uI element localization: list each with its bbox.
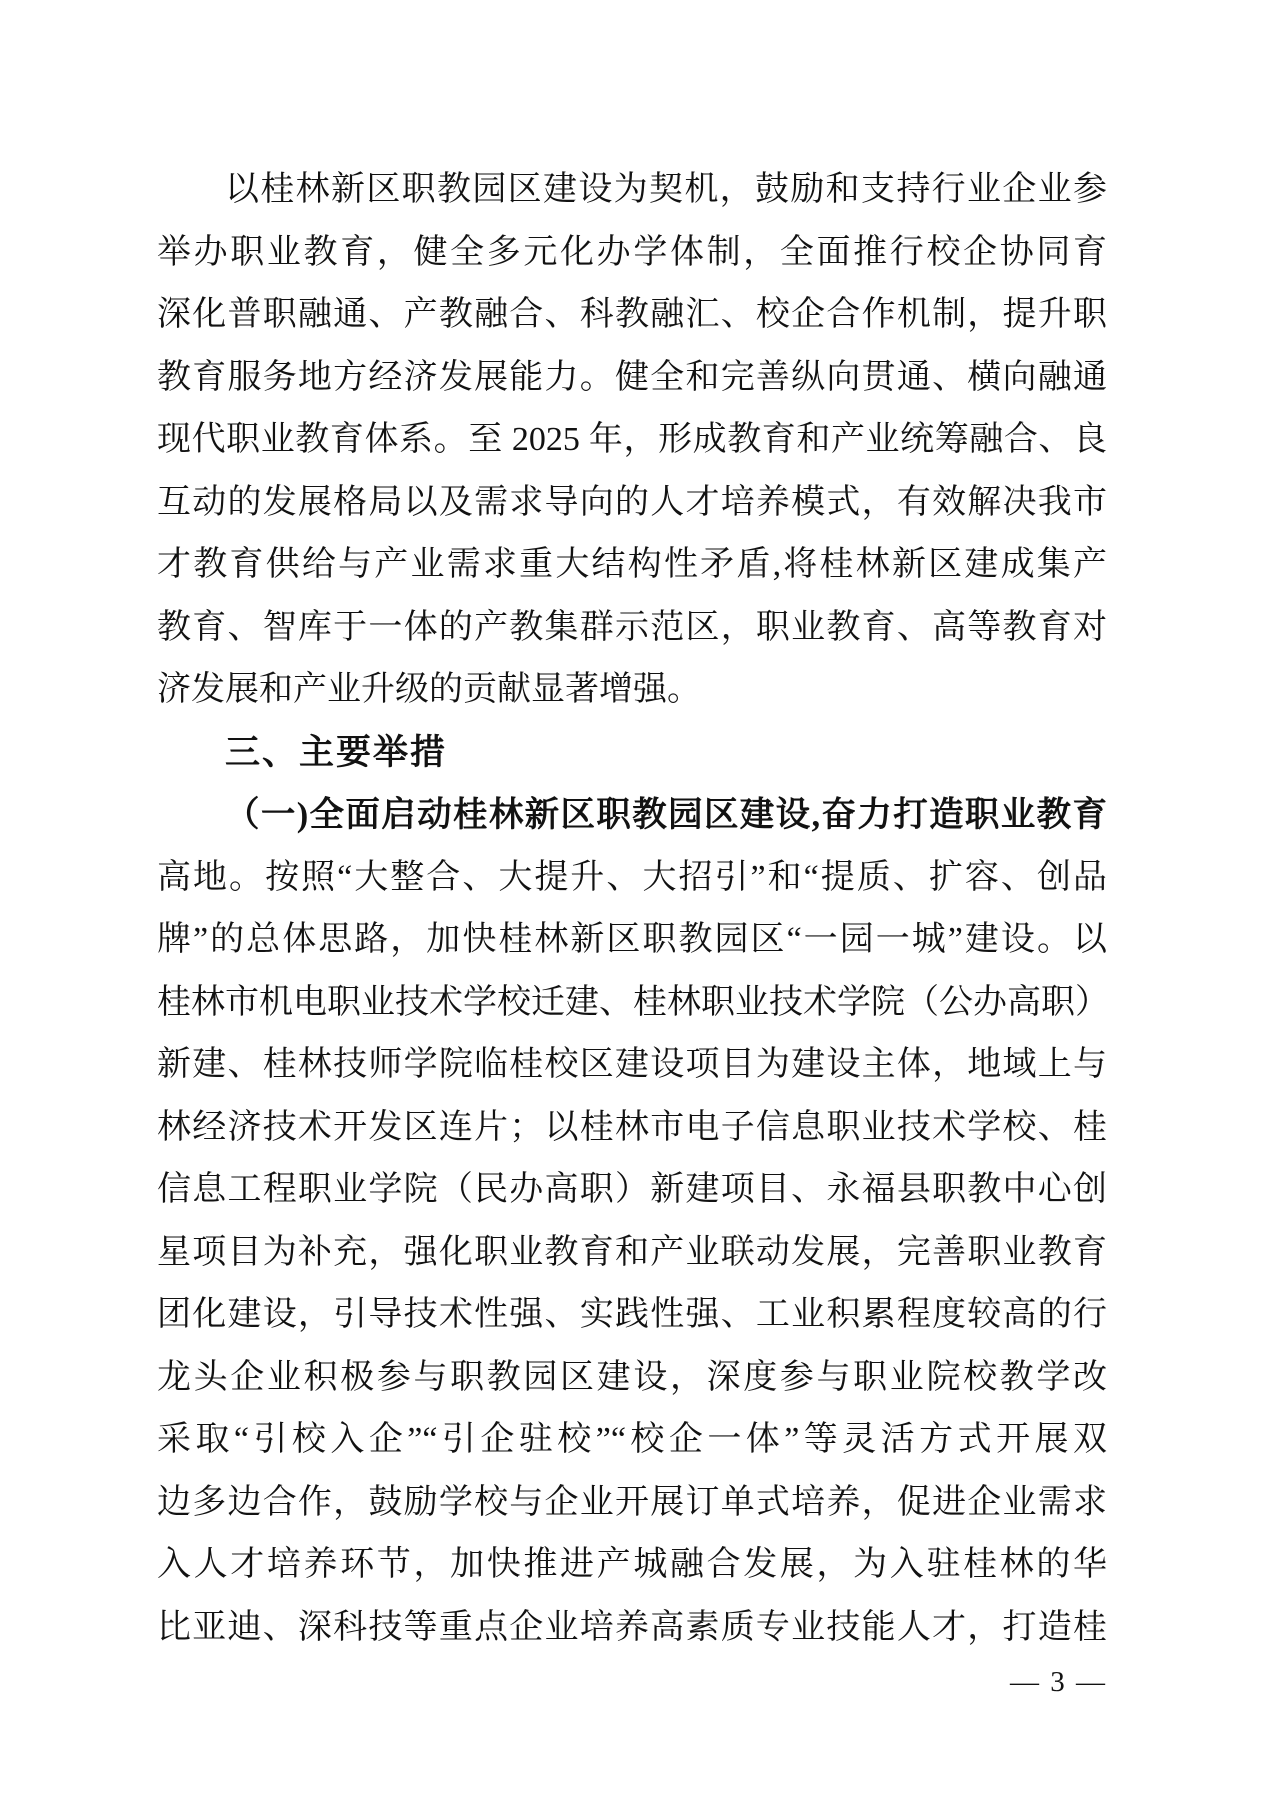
body-line: 团化建设，引导技术性强、实践性强、工业积累程度较高的行业	[157, 1284, 1107, 1347]
body-line: 桂林市机电职业技术学校迁建、桂林职业技术学院（公办高职）	[157, 972, 1107, 1035]
section-heading: 三、主要举措	[157, 722, 1107, 785]
body-line: 牌”的总体思路，加快桂林新区职教园区“一园一城”建设。以	[157, 909, 1107, 972]
body-line: 现代职业教育体系。至 2025 年，形成教育和产业统筹融合、良性	[157, 409, 1107, 472]
body-line: 入人才培养环节，加快推进产城融合发展，为入驻桂林的华为、	[157, 1534, 1107, 1597]
body-line: 采取“引校入企”“引企驻校”“校企一体”等灵活方式开展双	[157, 1409, 1107, 1472]
measure-lead-line: （一)全面启动桂林新区职教园区建设,奋力打造职业教育新	[157, 784, 1107, 847]
document-text-block: 以桂林新区职教园区建设为契机，鼓励和支持行业企业参与 举办职业教育，健全多元化办…	[157, 159, 1107, 1659]
body-line: 边多边合作，鼓励学校与企业开展订单式培养，促进企业需求融	[157, 1472, 1107, 1535]
body-line: 互动的发展格局以及需求导向的人才培养模式，有效解决我市人	[157, 472, 1107, 535]
body-line: 深化普职融通、产教融合、科教融汇、校企合作机制，提升职业	[157, 284, 1107, 347]
body-line: 教育、智库于一体的产教集群示范区，职业教育、高等教育对经	[157, 597, 1107, 660]
document-page: 以桂林新区职教园区建设为契机，鼓励和支持行业企业参与 举办职业教育，健全多元化办…	[0, 0, 1269, 1795]
body-line: 新建、桂林技师学院临桂校区建设项目为建设主体，地域上与桂	[157, 1034, 1107, 1097]
body-line: 信息工程职业学院（民办高职）新建项目、永福县职教中心创四	[157, 1159, 1107, 1222]
body-line: 林经济技术开发区连片；以桂林市电子信息职业技术学校、桂林	[157, 1097, 1107, 1160]
body-line: 比亚迪、深科技等重点企业培养高素质专业技能人才，打造桂林	[157, 1597, 1107, 1660]
body-line: 龙头企业积极参与职教园区建设，深度参与职业院校教学改革。	[157, 1347, 1107, 1410]
body-line: 举办职业教育，健全多元化办学体制，全面推行校企协同育人。	[157, 222, 1107, 285]
body-line: 才教育供给与产业需求重大结构性矛盾,将桂林新区建成集产业、	[157, 534, 1107, 597]
body-line: 高地。按照“大整合、大提升、大招引”和“提质、扩容、创品	[157, 847, 1107, 910]
body-line: 以桂林新区职教园区建设为契机，鼓励和支持行业企业参与	[157, 159, 1107, 222]
page-number: — 3 —	[1010, 1664, 1107, 1700]
body-line: 教育服务地方经济发展能力。健全和完善纵向贯通、横向融通的	[157, 347, 1107, 410]
body-line: 星项目为补充，强化职业教育和产业联动发展，完善职业教育集	[157, 1222, 1107, 1285]
body-line: 济发展和产业升级的贡献显著增强。	[157, 659, 1107, 722]
